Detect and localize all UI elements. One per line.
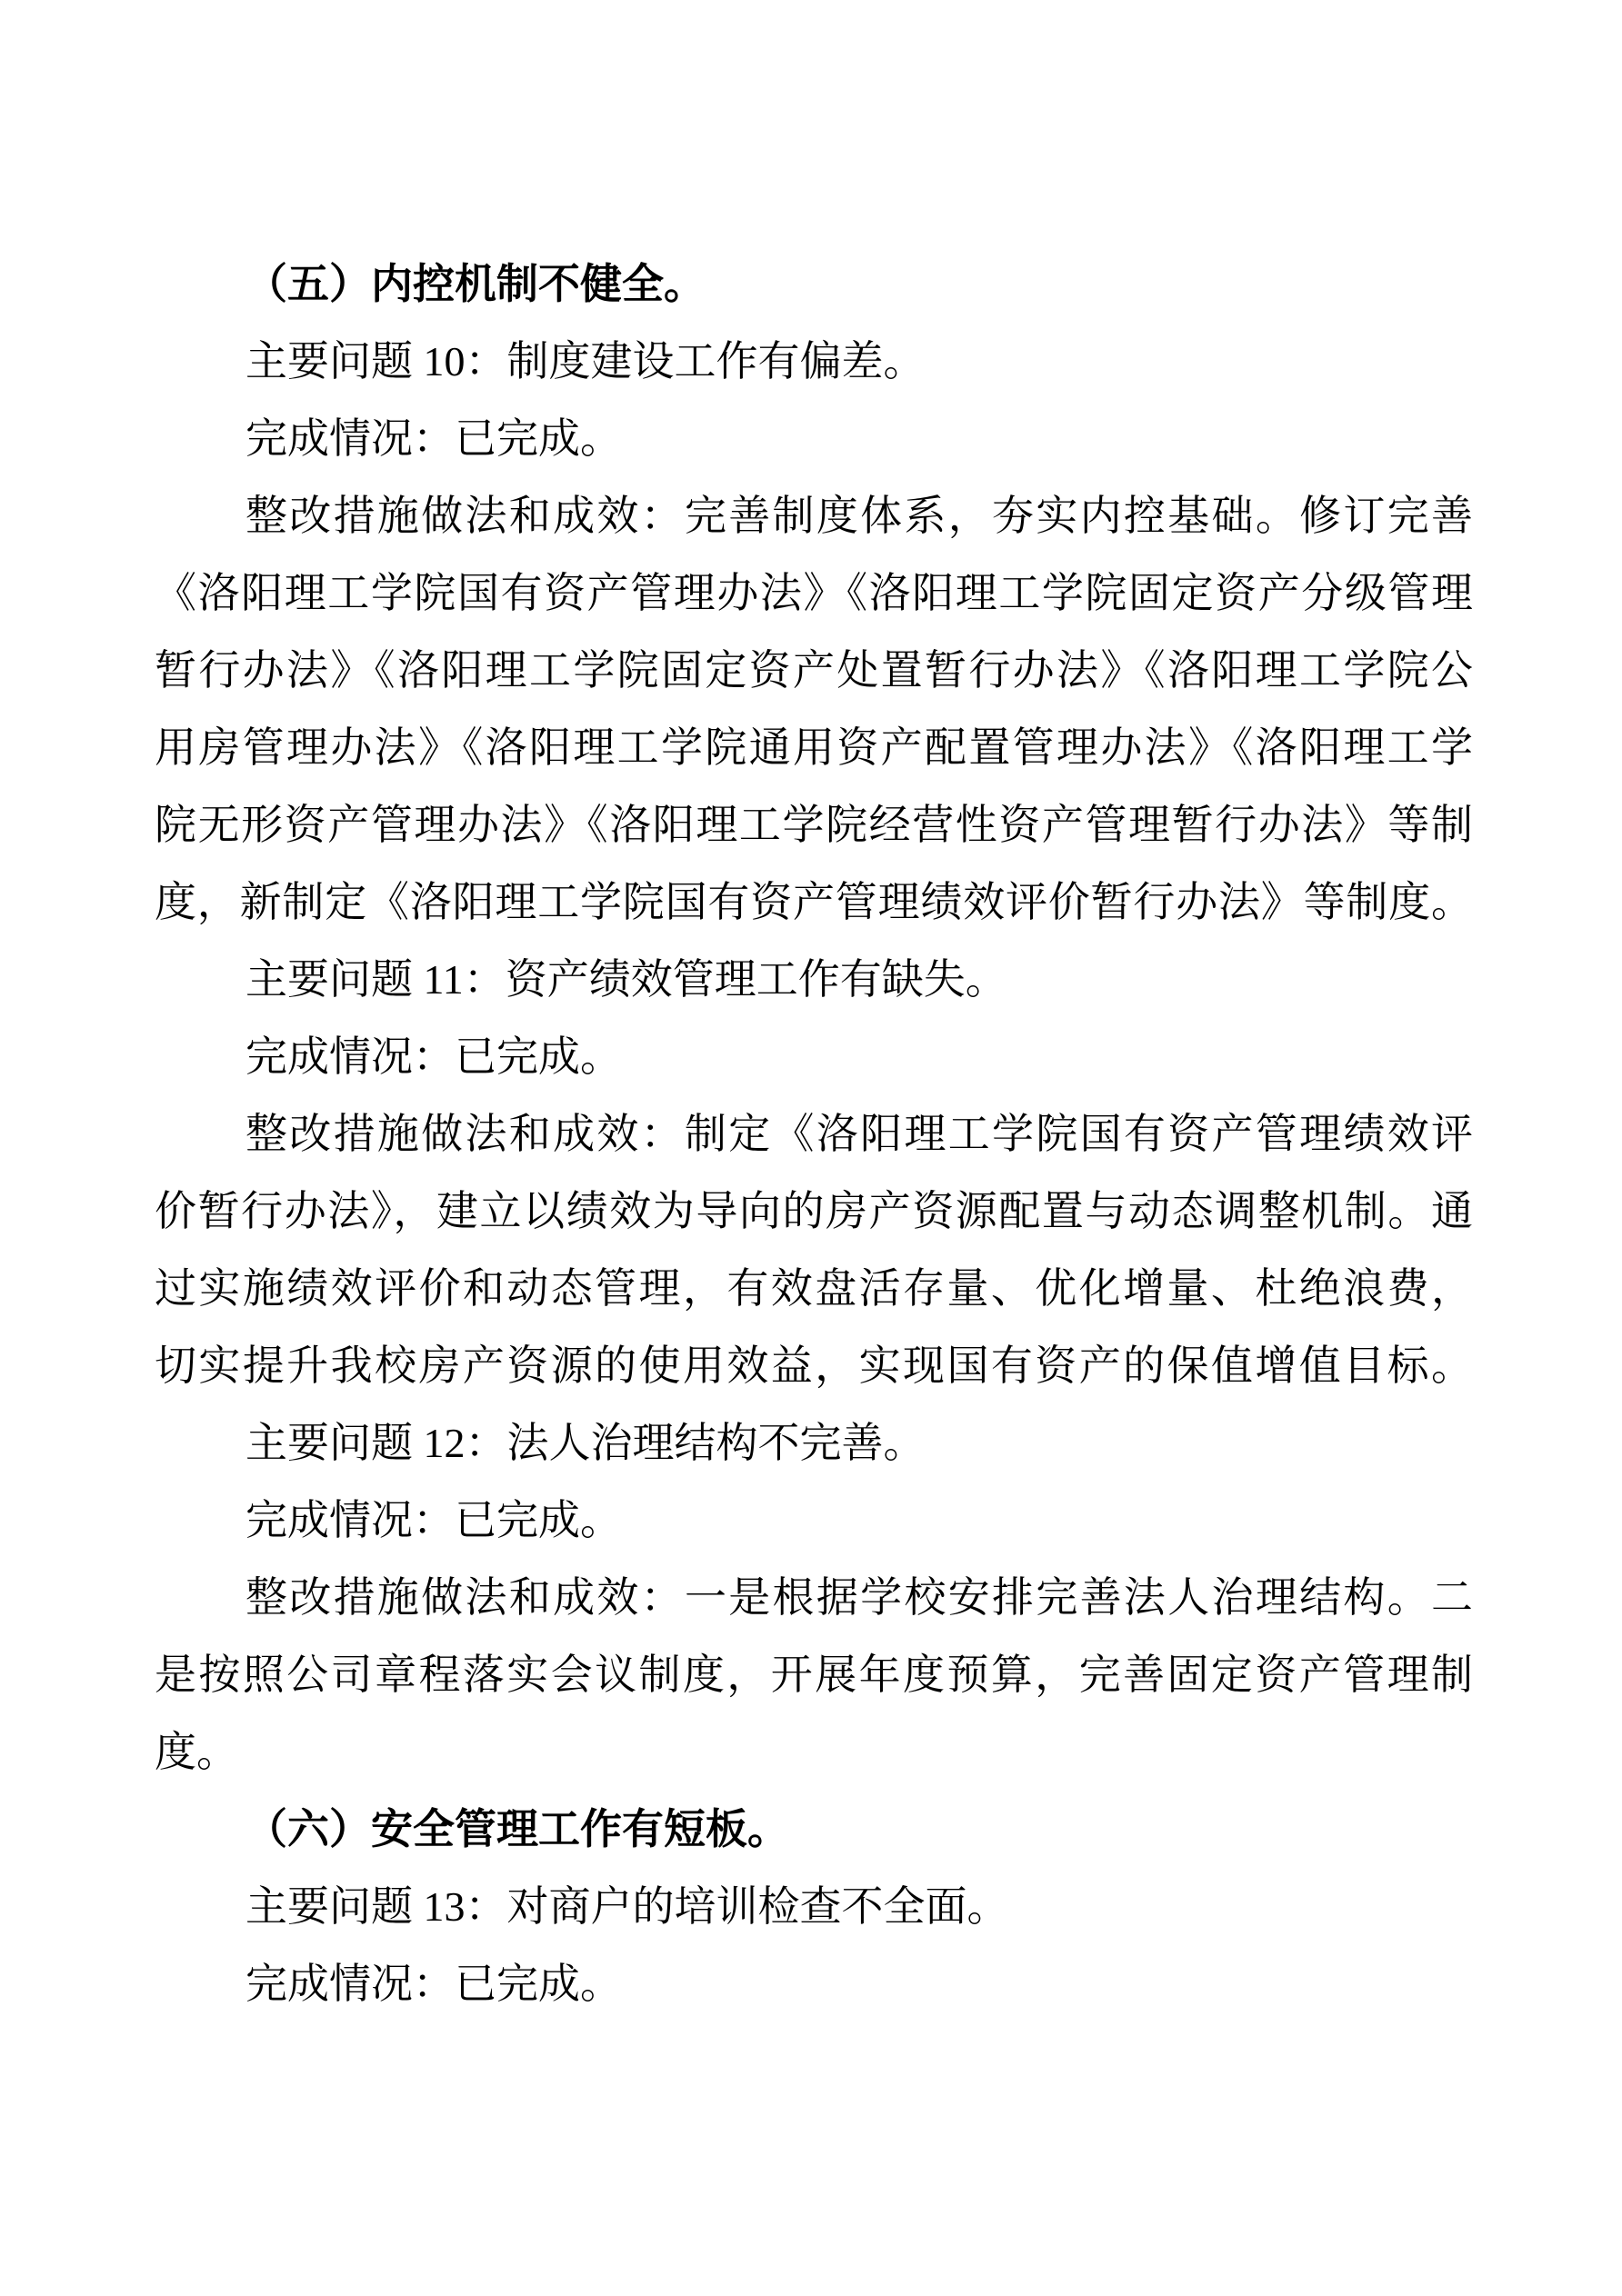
issue-10-measures-line: 整改措施做法和成效：完善制度体系，夯实内控基础。修订完善 — [155, 477, 1473, 554]
section-heading-5: （五）内控机制不健全。 — [155, 245, 1473, 323]
document-body: （五）内控机制不健全。 主要问题 10：制度建设工作有偏差。 完成情况：已完成。… — [155, 245, 1473, 2022]
issue-12-status-line: 完成情况：已完成。 — [155, 1482, 1473, 1559]
issue-10-measures-line: 《洛阳理工学院国有资产管理办法》《洛阳理工学院固定资产分级管理 — [155, 554, 1473, 632]
section-heading-6: （六）安全管理工作有短板。 — [155, 1791, 1473, 1868]
issue-13-line: 主要问题 13：对商户的培训检查不全面。 — [155, 1868, 1473, 1945]
issue-11-measures-line: 价暂行办法》，建立以绩效为导向的房产资源配置与动态调整机制。通 — [155, 1173, 1473, 1250]
issue-11-status-line: 完成情况：已完成。 — [155, 1018, 1473, 1095]
issue-10-measures-line: 暂行办法》《洛阳理工学院固定资产处置暂行办法》《洛阳理工学院公 — [155, 632, 1473, 709]
issue-10-measures-line: 院无形资产管理办法》《洛阳理工学院经营性资产管理暂行办法》等制 — [155, 786, 1473, 863]
issue-11-measures-line: 整改措施做法和成效：制定《洛阳理工学院国有资产管理绩效评 — [155, 1095, 1473, 1173]
issue-13-status-line: 完成情况：已完成。 — [155, 1945, 1473, 2022]
issue-12-measures-line: 是按照公司章程落实会议制度，开展年度预算，完善固定资产管理制 — [155, 1636, 1473, 1713]
issue-11-line: 主要问题 11：资产绩效管理工作有缺失。 — [155, 941, 1473, 1018]
document-page: （五）内控机制不健全。 主要问题 10：制度建设工作有偏差。 完成情况：已完成。… — [0, 0, 1622, 2296]
issue-11-measures-line: 过实施绩效评价和动态管理，有效盘活存量、优化增量、杜绝浪费， — [155, 1250, 1473, 1327]
issue-12-line: 主要问题 12：法人治理结构不完善。 — [155, 1404, 1473, 1482]
issue-12-measures-line: 整改措施做法和成效：一是根据学校安排完善法人治理结构。二 — [155, 1559, 1473, 1636]
issue-10-measures-line: 用房管理办法》《洛阳理工学院通用资产配置管理办法》《洛阳理工学 — [155, 709, 1473, 786]
issue-10-measures-line: 度，新制定《洛阳理工学院国有资产管理绩效评价暂行办法》等制度。 — [155, 863, 1473, 941]
issue-12-measures-line: 度。 — [155, 1713, 1473, 1791]
issue-10-status-line: 完成情况：已完成。 — [155, 400, 1473, 477]
issue-11-measures-line: 切实提升我校房产资源的使用效益，实现国有资产的保值增值目标。 — [155, 1327, 1473, 1404]
issue-10-line: 主要问题 10：制度建设工作有偏差。 — [155, 323, 1473, 400]
